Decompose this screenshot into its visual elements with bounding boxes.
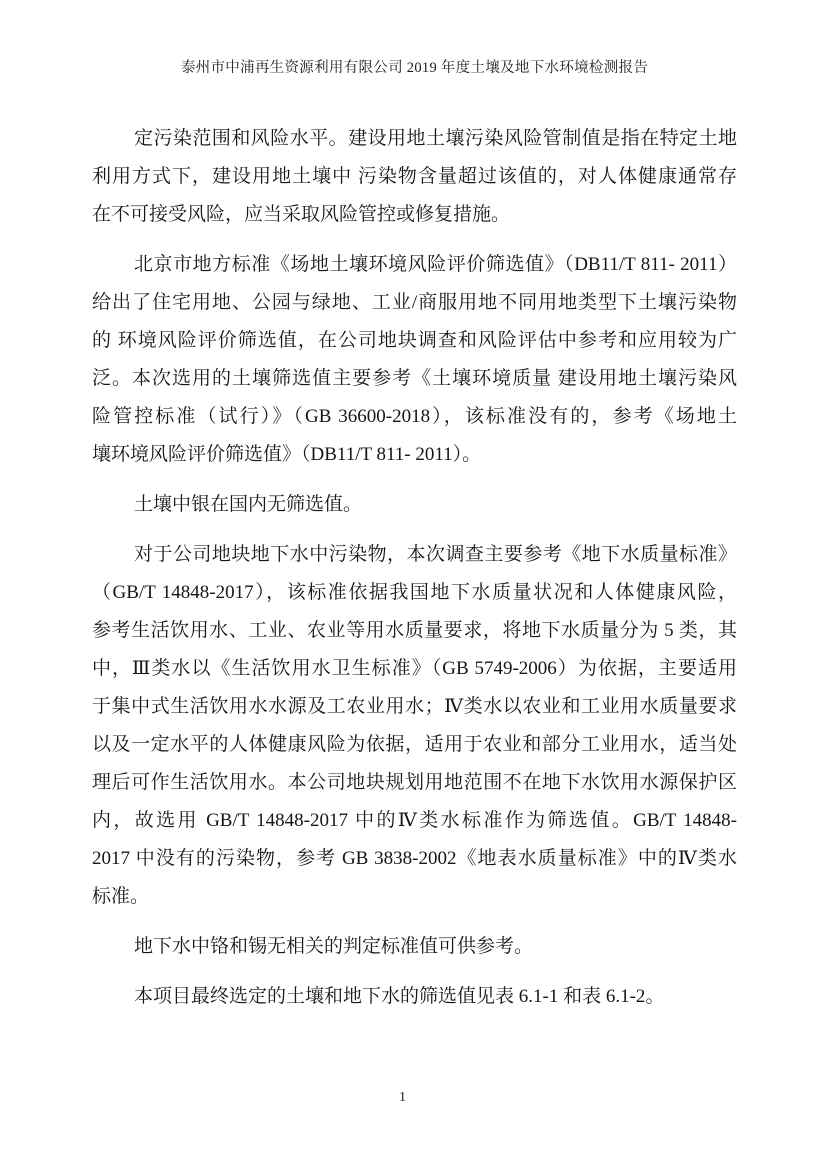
text-line: 泛。本次选用的土壤筛选值主要参考《土壤环境质量 建设用地土壤污染风 bbox=[92, 360, 737, 398]
paragraph: 土壤中银在国内无筛选值。 bbox=[92, 486, 737, 524]
text-line: 地下水中铬和锡无相关的判定标准值可供参考。 bbox=[92, 928, 737, 966]
document-header-title: 泰州市中浦再生资源利用有限公司 2019 年度土壤及地下水环境检测报告 bbox=[92, 59, 737, 77]
text-line: 的 环境风险评价筛选值，在公司地块调查和风险评估中参考和应用较为广 bbox=[92, 322, 737, 360]
text-line: 利用方式下，建设用地土壤中 污染物含量超过该值的，对人体健康通常存 bbox=[92, 158, 737, 196]
text-line: 在不可接受风险，应当采取风险管控或修复措施。 bbox=[92, 196, 737, 234]
text-line: 中，Ⅲ类水以《生活饮用水卫生标准》（GB 5749-2006）为依据，主要适用 bbox=[92, 650, 737, 688]
paragraph: 北京市地方标准《场地土壤环境风险评价筛选值》（DB11/T 811- 2011）… bbox=[92, 246, 737, 474]
text-line: 于集中式生活饮用水水源及工农业用水；Ⅳ类水以农业和工业用水质量要求 bbox=[92, 688, 737, 726]
text-line: 参考生活饮用水、工业、农业等用水质量要求，将地下水质量分为 5 类，其 bbox=[92, 612, 737, 650]
text-line: 2017 中没有的污染物，参考 GB 3838-2002《地表水质量标准》中的Ⅳ… bbox=[92, 840, 737, 878]
text-line: 理后可作生活饮用水。本公司地块规划用地范围不在地下水饮用水源保护区 bbox=[92, 764, 737, 802]
text-line: 壤环境风险评价筛选值》（DB11/T 811- 2011）。 bbox=[92, 436, 737, 474]
text-line: 标准。 bbox=[92, 878, 737, 916]
document-body: 定污染范围和风险水平。建设用地土壤污染风险管制值是指在特定土地利用方式下，建设用… bbox=[92, 120, 737, 1028]
text-line: 险管控标准（试行）》（GB 36600-2018），该标准没有的，参考《场地土 bbox=[92, 398, 737, 436]
text-line: （GB/T 14848-2017），该标准依据我国地下水质量状况和人体健康风险， bbox=[92, 574, 737, 612]
paragraph: 地下水中铬和锡无相关的判定标准值可供参考。 bbox=[92, 928, 737, 966]
text-line: 北京市地方标准《场地土壤环境风险评价筛选值》（DB11/T 811- 2011） bbox=[92, 246, 737, 284]
text-line: 对于公司地块地下水中污染物，本次调查主要参考《地下水质量标准》 bbox=[92, 536, 737, 574]
text-line: 给出了住宅用地、公园与绿地、工业/商服用地不同用地类型下土壤污染物 bbox=[92, 284, 737, 322]
text-line: 内，故选用 GB/T 14848-2017 中的Ⅳ类水标准作为筛选值。GB/T … bbox=[92, 802, 737, 840]
text-line: 土壤中银在国内无筛选值。 bbox=[92, 486, 737, 524]
paragraph: 对于公司地块地下水中污染物，本次调查主要参考《地下水质量标准》（GB/T 148… bbox=[92, 536, 737, 916]
text-line: 本项目最终选定的土壤和地下水的筛选值见表 6.1-1 和表 6.1-2。 bbox=[92, 978, 737, 1016]
document-page: 泰州市中浦再生资源利用有限公司 2019 年度土壤及地下水环境检测报告 定污染范… bbox=[0, 0, 827, 1169]
text-line: 以及一定水平的人体健康风险为依据，适用于农业和部分工业用水，适当处 bbox=[92, 726, 737, 764]
text-line: 定污染范围和风险水平。建设用地土壤污染风险管制值是指在特定土地 bbox=[92, 120, 737, 158]
page-number: 1 bbox=[80, 1089, 725, 1107]
paragraph: 定污染范围和风险水平。建设用地土壤污染风险管制值是指在特定土地利用方式下，建设用… bbox=[92, 120, 737, 234]
paragraph: 本项目最终选定的土壤和地下水的筛选值见表 6.1-1 和表 6.1-2。 bbox=[92, 978, 737, 1016]
